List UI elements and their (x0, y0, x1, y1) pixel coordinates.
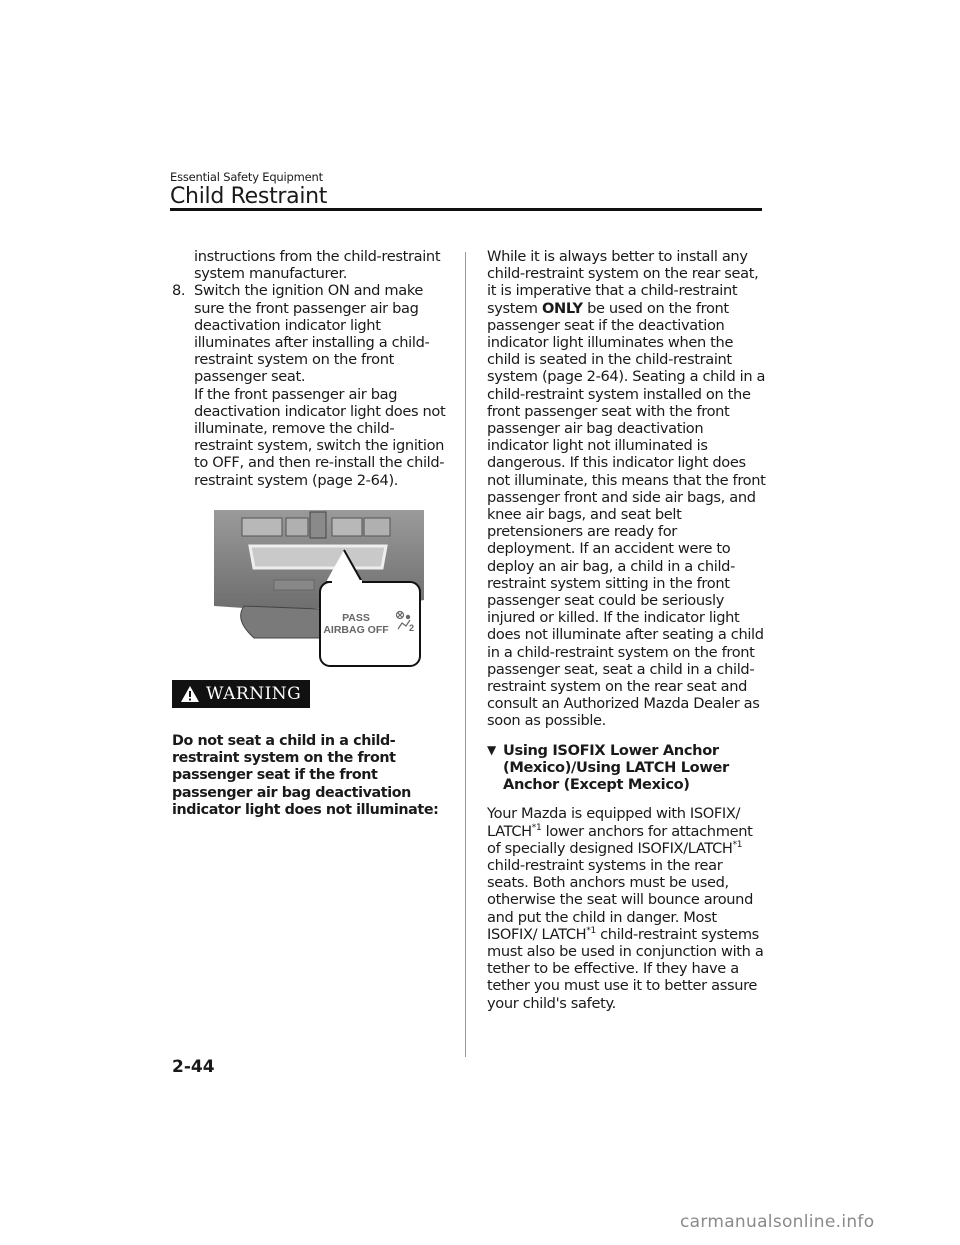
airbag-indicator-figure: PASS AIRBAG OFF 2 (214, 510, 424, 670)
step-8: 8. Switch the ignition ON and make sure … (172, 282, 452, 488)
footnote-ref: *1 (733, 840, 743, 850)
step-8-followup: If the front passenger air bag deactivat… (194, 386, 452, 489)
footnote-ref: *1 (586, 926, 596, 936)
page-header: Essential Safety Equipment Child Restrai… (170, 171, 762, 210)
callout-airbag-off: AIRBAG OFF (323, 624, 389, 636)
isofix-paragraph: Your Mazda is equipped with ISOFIX/ LATC… (487, 805, 767, 1011)
column-divider (465, 252, 466, 1057)
page-number: 2-44 (172, 1057, 215, 1077)
callout-pass: PASS (342, 612, 370, 624)
subheading-text: Using ISOFIX Lower Anchor (Mexico)/Using… (503, 742, 767, 794)
warning-text: Do not seat a child in a child-restraint… (172, 733, 457, 819)
paragraph-text: be used on the front passenger seat if t… (487, 300, 766, 730)
warning-triangle-icon (180, 685, 200, 703)
overhead-console-illustration: PASS AIRBAG OFF 2 (214, 510, 424, 670)
continuation-text: instructions from the child-restraint sy… (172, 248, 452, 282)
warning-badge: WARNING (172, 680, 310, 708)
emphasis-only: ONLY (542, 300, 583, 317)
triangle-marker-icon: ▼ (487, 742, 503, 794)
right-column: While it is always better to install any… (487, 248, 767, 1012)
airbag-paragraph: While it is always better to install any… (487, 248, 767, 730)
watermark-link[interactable]: carmanualsonline.info (680, 1212, 874, 1232)
left-column: instructions from the child-restraint sy… (172, 248, 452, 489)
step-8-text: Switch the ignition ON and make sure the… (194, 282, 452, 385)
footnote-ref: *1 (532, 823, 542, 833)
svg-text:2: 2 (409, 623, 414, 633)
page-title: Child Restraint (170, 184, 762, 210)
warning-label: WARNING (206, 684, 301, 704)
subheading: ▼ Using ISOFIX Lower Anchor (Mexico)/Usi… (487, 742, 767, 794)
header-rule (170, 208, 762, 211)
section-label: Essential Safety Equipment (170, 171, 762, 184)
step-number: 8. (172, 282, 194, 488)
